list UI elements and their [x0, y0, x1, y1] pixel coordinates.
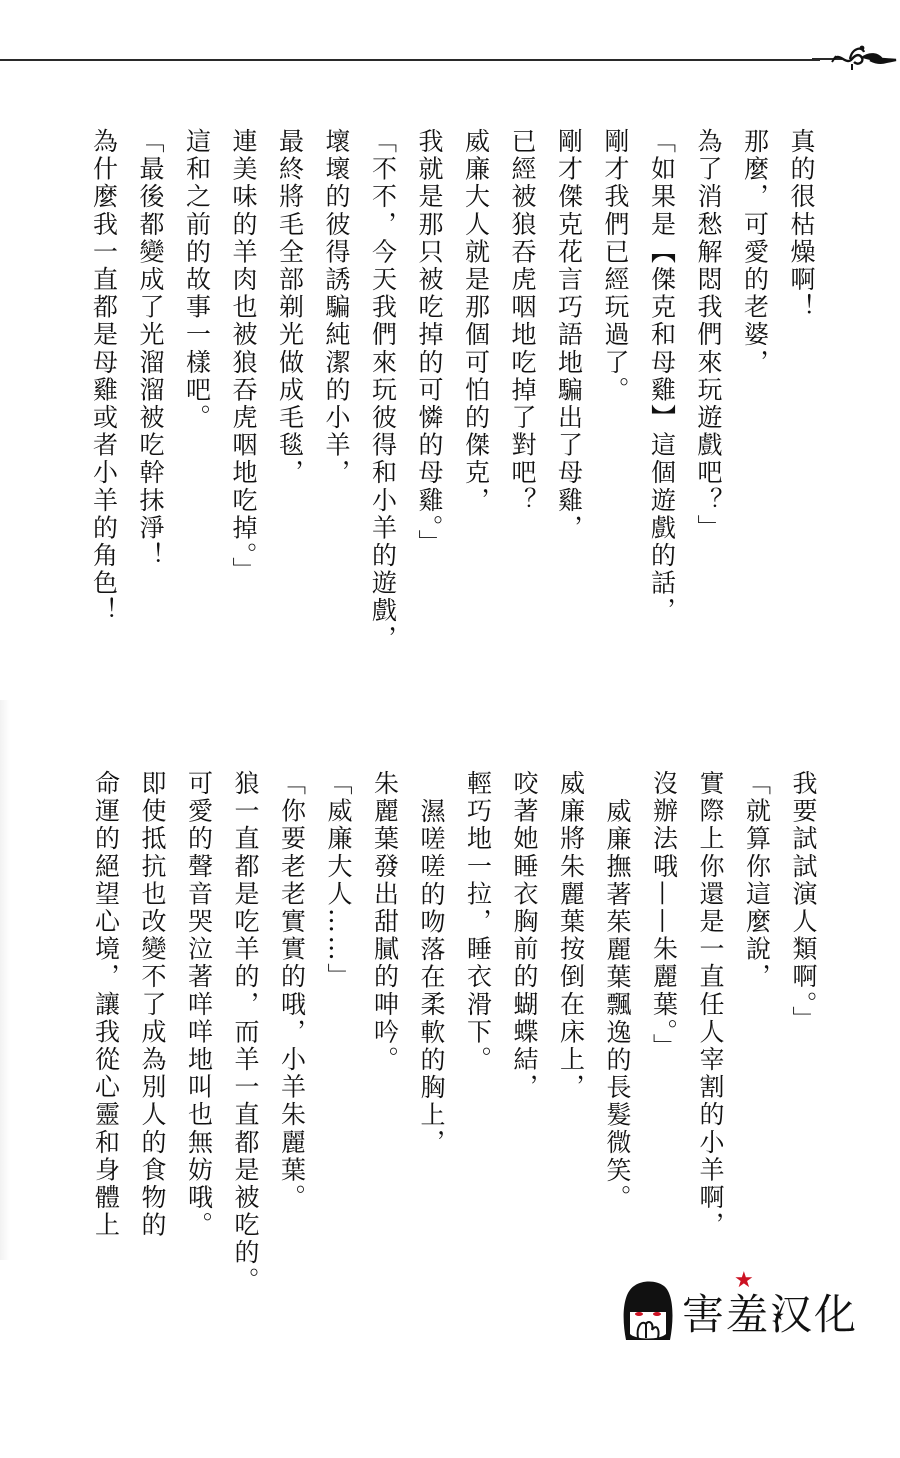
- mascot-face-icon: [620, 1280, 676, 1344]
- text-block-top: 真的很枯燥啊！ 那麼，可愛的老婆， 為了消愁解悶我們來玩遊戲吧？」 「如果是【傑…: [80, 128, 824, 648]
- text-column: 為什麼我一直都是母雞或者小羊的角色！: [80, 128, 127, 648]
- watermark-text: 害羞汉化 ★ ★: [682, 1282, 858, 1342]
- scanlation-watermark: 害羞汉化 ★ ★: [620, 1272, 860, 1352]
- text-block-bottom: 我要試試演人類啊。」 「就算你這麼說， 實際上你還是一直任人宰割的小羊啊， 沒辦…: [82, 770, 826, 1240]
- text-column: 已經被狼吞虎咽地吃掉了對吧？: [499, 128, 546, 648]
- text-column: 「不不，今天我們來玩彼得和小羊的遊戲，: [359, 128, 406, 648]
- text-column: 沒辦法哦——朱麗葉。」: [640, 770, 687, 1240]
- text-column: 我就是那只被吃掉的可憐的母雞。」: [406, 128, 453, 648]
- text-column: 為了消愁解悶我們來玩遊戲吧？」: [685, 128, 732, 648]
- text-column: 輕巧地一拉，睡衣滑下。: [454, 770, 501, 1240]
- text-column: 濕嗟嗟的吻落在柔軟的胸上，: [408, 770, 455, 1240]
- text-column: 朱麗葉發出甜膩的呻吟。: [361, 770, 408, 1240]
- text-column: 「威廉大人……」: [315, 770, 362, 1240]
- header-rule: [0, 59, 820, 61]
- text-column: 威廉將朱麗葉按倒在床上，: [547, 770, 594, 1240]
- text-column: 可愛的聲音哭泣著咩咩地叫也無妨哦。: [175, 770, 222, 1240]
- text-column: 實際上你還是一直任人宰割的小羊啊，: [687, 770, 734, 1240]
- text-column: 最終將毛全部剃光做成毛毯，: [266, 128, 313, 648]
- text-column: 剛才我們已經玩過了。: [592, 128, 639, 648]
- text-column: 那麼，可愛的老婆，: [731, 128, 778, 648]
- text-column: 真的很枯燥啊！: [778, 128, 825, 648]
- text-column: 「如果是【傑克和母雞】這個遊戲的話，: [638, 128, 685, 648]
- page-gutter-shadow: [0, 700, 10, 1260]
- text-column: 這和之前的故事一樣吧。: [173, 128, 220, 648]
- text-column: 即使抵抗也改變不了成為別人的食物的: [129, 770, 176, 1240]
- text-column: 威廉大人就是那個可怕的傑克，: [452, 128, 499, 648]
- text-column: 我要試試演人類啊。」: [780, 770, 827, 1240]
- text-column: 狼一直都是吃羊的，而羊一直都是被吃的。: [222, 770, 269, 1240]
- watermark-label: 害羞汉化: [682, 1290, 858, 1339]
- text-column: 「就算你這麼說，: [733, 770, 780, 1240]
- flourish-ornament-icon: [812, 40, 900, 74]
- text-column: 連美味的羊肉也被狼吞虎咽地吃掉。」: [220, 128, 267, 648]
- text-column: 剛才傑克花言巧語地騙出了母雞，: [545, 128, 592, 648]
- text-column: 威廉撫著茱麗葉飄逸的長髮微笑。: [594, 770, 641, 1240]
- text-column: 咬著她睡衣胸前的蝴蝶結，: [501, 770, 548, 1240]
- text-column: 「最後都變成了光溜溜被吃幹抹淨！: [127, 128, 174, 648]
- text-column: 命運的絕望心境，讓我從心靈和身體上: [82, 770, 129, 1240]
- text-column: 壞壞的彼得誘騙純潔的小羊，: [313, 128, 360, 648]
- text-column: 「你要老老實實的哦，小羊朱麗葉。: [268, 770, 315, 1240]
- black-star-icon: ★: [772, 1308, 787, 1324]
- red-star-icon: ★: [734, 1268, 756, 1293]
